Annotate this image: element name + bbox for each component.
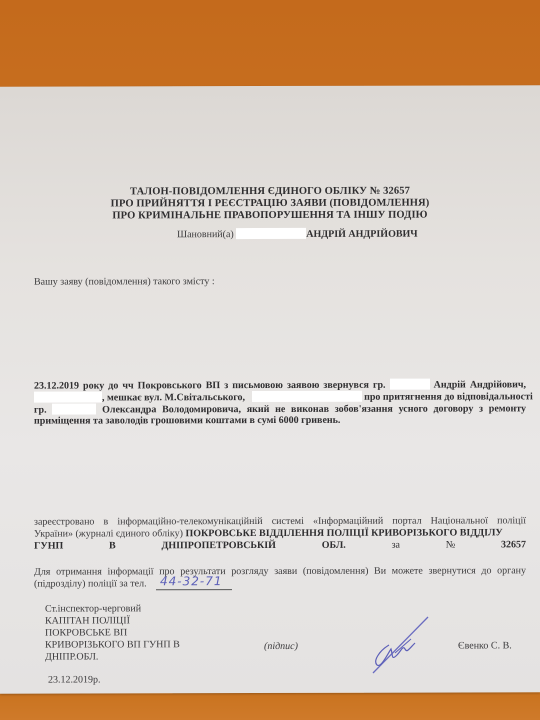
redacted-surname	[390, 379, 430, 390]
registration-word: №	[446, 540, 456, 552]
signatory-rank: КАПІТАН ПОЛІЦІЇ	[45, 615, 130, 627]
signature-label: (підпис)	[264, 641, 298, 653]
redacted-info	[252, 391, 362, 402]
registration-word: за	[392, 540, 400, 552]
redacted-surname	[236, 228, 306, 239]
phone-underline	[156, 589, 232, 590]
registration-word: ДНІПРОПЕТРОВСЬКІЙ	[161, 540, 276, 552]
signatory-unit-1: ПОКРОВСЬКЕ ВП	[45, 627, 127, 639]
police-unit-name: ПОКРОВСЬКЕ ВІДДІЛЕННЯ ПОЛІЦІЇ КРИВОРІЗЬК…	[185, 527, 502, 539]
phone-handwritten: 44-32-71	[160, 575, 222, 587]
statement-text: Андрій Андрійович,	[434, 379, 526, 390]
signature-date: 23.12.2019р.	[48, 674, 101, 686]
salutation-prefix: Шановний(а)	[177, 229, 234, 240]
statement-date: 23.12.2019	[34, 381, 79, 392]
statement-text: року до чч Покровського ВП з письмовою з…	[83, 380, 386, 392]
intro-text: Вашу заяву (повідомлення) такого змісту …	[34, 276, 215, 288]
document-subtitle-2: ПРО КРИМІНАЛЬНЕ ПРАВОПОРУШЕННЯ ТА ІНШУ П…	[0, 209, 540, 222]
registration-word: В	[109, 540, 116, 552]
registration-word: ГУНП	[34, 541, 63, 553]
registration-word: ОБЛ.	[322, 540, 346, 552]
signatory-name: Євенко С. В.	[458, 640, 512, 652]
salutation: Шановний(а) АНДРІЙ АНДРІЙОВИЧ	[177, 228, 418, 242]
statement-text: гр.	[34, 405, 47, 416]
desk-surface	[0, 692, 540, 720]
statement-line-4: приміщення та заволодів грошовими коштам…	[34, 415, 340, 428]
redacted-surname	[52, 403, 96, 414]
salutation-name: АНДРІЙ АНДРІЙОВИЧ	[306, 229, 417, 240]
statement-text: , мешкає вул. М.Світальського,	[102, 392, 245, 403]
registration-text: України» (журналі єдиного обліку)	[34, 528, 183, 539]
signatory-unit-3: ДНІПР.ОБЛ.	[45, 651, 98, 663]
registration-line-3: ГУНП В ДНІПРОПЕТРОВСЬКІЙ ОБЛ. за № 32657	[34, 539, 526, 552]
document-page: ТАЛОН-ПОВІДОМЛЕННЯ ЄДИНОГО ОБЛІКУ № 3265…	[0, 85, 540, 693]
registration-number: 32657	[501, 539, 526, 551]
signatory-position: Ст.інспектор-черговий	[45, 603, 141, 615]
signatory-unit-2: КРИВОРІЗЬКОГО ВП ГУНП В	[45, 639, 180, 651]
statement-text: Олександра Володомировича, який не викон…	[102, 403, 526, 415]
redacted-info	[34, 391, 102, 402]
info-line-2: (підрозділу) поліції за тел.	[34, 578, 147, 590]
handwritten-signature	[365, 615, 435, 675]
statement-text: про притягнення до відповідальності	[364, 391, 533, 402]
info-line-1: Для отримання інформації про результати …	[34, 565, 526, 578]
